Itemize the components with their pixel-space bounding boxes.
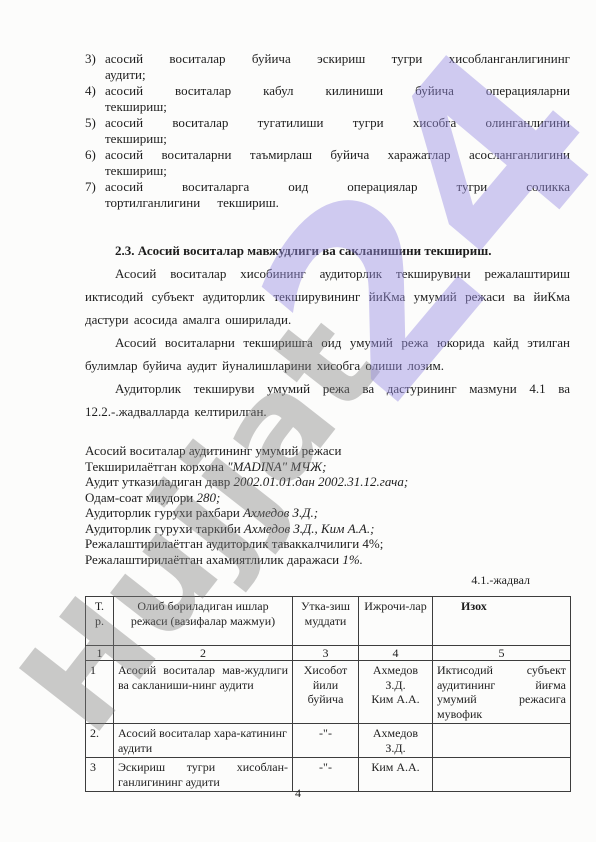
list-item: 3) асосий воситалар буйича эскириш тугри… — [85, 51, 570, 83]
cell-task: Асосий воситалар мав-жудлиги ва сакланиш… — [114, 661, 293, 724]
plan-line-text: Аудиторлик гурухи таркиби — [85, 521, 244, 536]
cell-row-number: 1 — [86, 661, 114, 724]
plan-line: Режалаштирилаётган ахамиятлилик даражаси… — [85, 552, 570, 568]
list-item-text: асосий воситаларга оид операциялар тугри… — [105, 179, 570, 211]
audit-plan-table: Т. р. Олиб бориладиган ишлар режаси (ваз… — [85, 596, 571, 792]
column-number: 5 — [433, 646, 571, 661]
header-cell-executors: Ижрочи-лар — [359, 597, 433, 646]
cell-note — [433, 724, 571, 758]
list-item-number: 5) — [85, 115, 105, 147]
paragraph: Аудиторлик текшируви умумий режа ва даст… — [85, 377, 570, 423]
cell-row-number: 2. — [86, 724, 114, 758]
plan-line-text: Аудиторлик гурухи рахбари — [85, 505, 243, 520]
plan-line: Одам-соат миудори 280; — [85, 490, 570, 506]
numbered-list: 3) асосий воситалар буйича эскириш тугри… — [85, 51, 570, 211]
plan-line-text: Одам-соат миудори — [85, 490, 196, 505]
page-content: 3) асосий воситалар буйича эскириш тугри… — [0, 0, 596, 792]
table-row: 1 Асосий воситалар мав-жудлиги ва саклан… — [86, 661, 571, 724]
page-number: 4 — [0, 786, 596, 801]
plan-line-value: 1%. — [342, 552, 363, 567]
list-item: 7) асосий воситаларга оид операциялар ту… — [85, 179, 570, 211]
column-number: 1 — [86, 646, 114, 661]
plan-line: Текширилаётган корхона "MADINA" МЧЖ; — [85, 459, 570, 475]
header-cell-task: Олиб бориладиган ишлар режаси (вазифалар… — [114, 597, 293, 646]
plan-line-text: Режалаштирилаётган аудиторлик таваккалчи… — [85, 536, 383, 551]
plan-line-value: 2002.01.01.дан 2002.31.12.гача; — [234, 474, 409, 489]
cell-executors: Ахмедов З.Д. — [359, 724, 433, 758]
plan-line-value: Ахмедов З.Д.; — [243, 505, 318, 520]
plan-line: Аудиторлик гурухи таркиби Ахмедов З.Д., … — [85, 521, 570, 537]
header-cell-term: Утка-зиш муддати — [293, 597, 359, 646]
column-number: 4 — [359, 646, 433, 661]
cell-note: Иктисодий субъект аудитининг йиғма умуми… — [433, 661, 571, 724]
list-item-text: асосий воситалар буйича эскириш тугри хи… — [105, 51, 570, 83]
column-numbers-row: 1 2 3 4 5 — [86, 646, 571, 661]
list-item-text: асосий воситалар тугатилиши тугри хисобг… — [105, 115, 570, 147]
list-item-text: асосий воситаларни таъмирлаш буйича хара… — [105, 147, 570, 179]
list-item-text: асосий воситалар кабул килиниши буйича о… — [105, 83, 570, 115]
plan-line-text: Режалаштирилаётган ахамиятлилик даражаси — [85, 552, 342, 567]
list-item: 5) асосий воситалар тугатилиши тугри хис… — [85, 115, 570, 147]
section-heading: 2.3. Асосий воситалар мавжудлиги ва сакл… — [85, 239, 570, 262]
list-item: 6) асосий воситаларни таъмирлаш буйича х… — [85, 147, 570, 179]
plan-line: Режалаштирилаётган аудиторлик таваккалчи… — [85, 536, 570, 552]
paragraph: Асосий воситаларни текширишга оид умумий… — [85, 331, 570, 377]
plan-line: Аудит утказиладиган давр 2002.01.01.дан … — [85, 474, 570, 490]
plan-line: Аудиторлик гурухи рахбари Ахмедов З.Д.; — [85, 505, 570, 521]
list-item: 4) асосий воситалар кабул килиниши буйич… — [85, 83, 570, 115]
cell-task: Асосий воситалар хара-катининг аудити — [114, 724, 293, 758]
list-item-number: 7) — [85, 179, 105, 211]
list-item-number: 4) — [85, 83, 105, 115]
plan-line-text: Текширилаётган корхона — [85, 459, 227, 474]
column-number: 3 — [293, 646, 359, 661]
table-header-row: Т. р. Олиб бориладиган ишлар режаси (ваз… — [86, 597, 571, 646]
table-row: 2. Асосий воситалар хара-катининг аудити… — [86, 724, 571, 758]
plan-line-value: Ахмедов З.Д., Ким А.А.; — [244, 521, 375, 536]
column-number: 2 — [114, 646, 293, 661]
document-page: 3) асосий воситалар буйича эскириш тугри… — [0, 0, 596, 842]
plan-line-text: Асосий воситалар аудитининг умумий режас… — [85, 443, 341, 458]
header-cell-note: Изох — [433, 597, 571, 646]
paragraph: Асосий воситалар хисобининг аудиторлик т… — [85, 262, 570, 331]
cell-term: Хисобот йили буйича — [293, 661, 359, 724]
header-cell-number: Т. р. — [86, 597, 114, 646]
plan-line-text: Аудит утказиладиган давр — [85, 474, 234, 489]
audit-plan-block: Асосий воситалар аудитининг умумий режас… — [85, 443, 570, 567]
plan-line: Асосий воситалар аудитининг умумий режас… — [85, 443, 570, 459]
table-caption: 4.1.-жадвал — [85, 573, 530, 588]
plan-line-value: 280; — [196, 490, 220, 505]
list-item-number: 3) — [85, 51, 105, 83]
plan-line-value: "MADINA" МЧЖ; — [227, 459, 326, 474]
list-item-number: 6) — [85, 147, 105, 179]
cell-executors: Ахмедов З.Д. Ким А.А. — [359, 661, 433, 724]
cell-term: -"- — [293, 724, 359, 758]
